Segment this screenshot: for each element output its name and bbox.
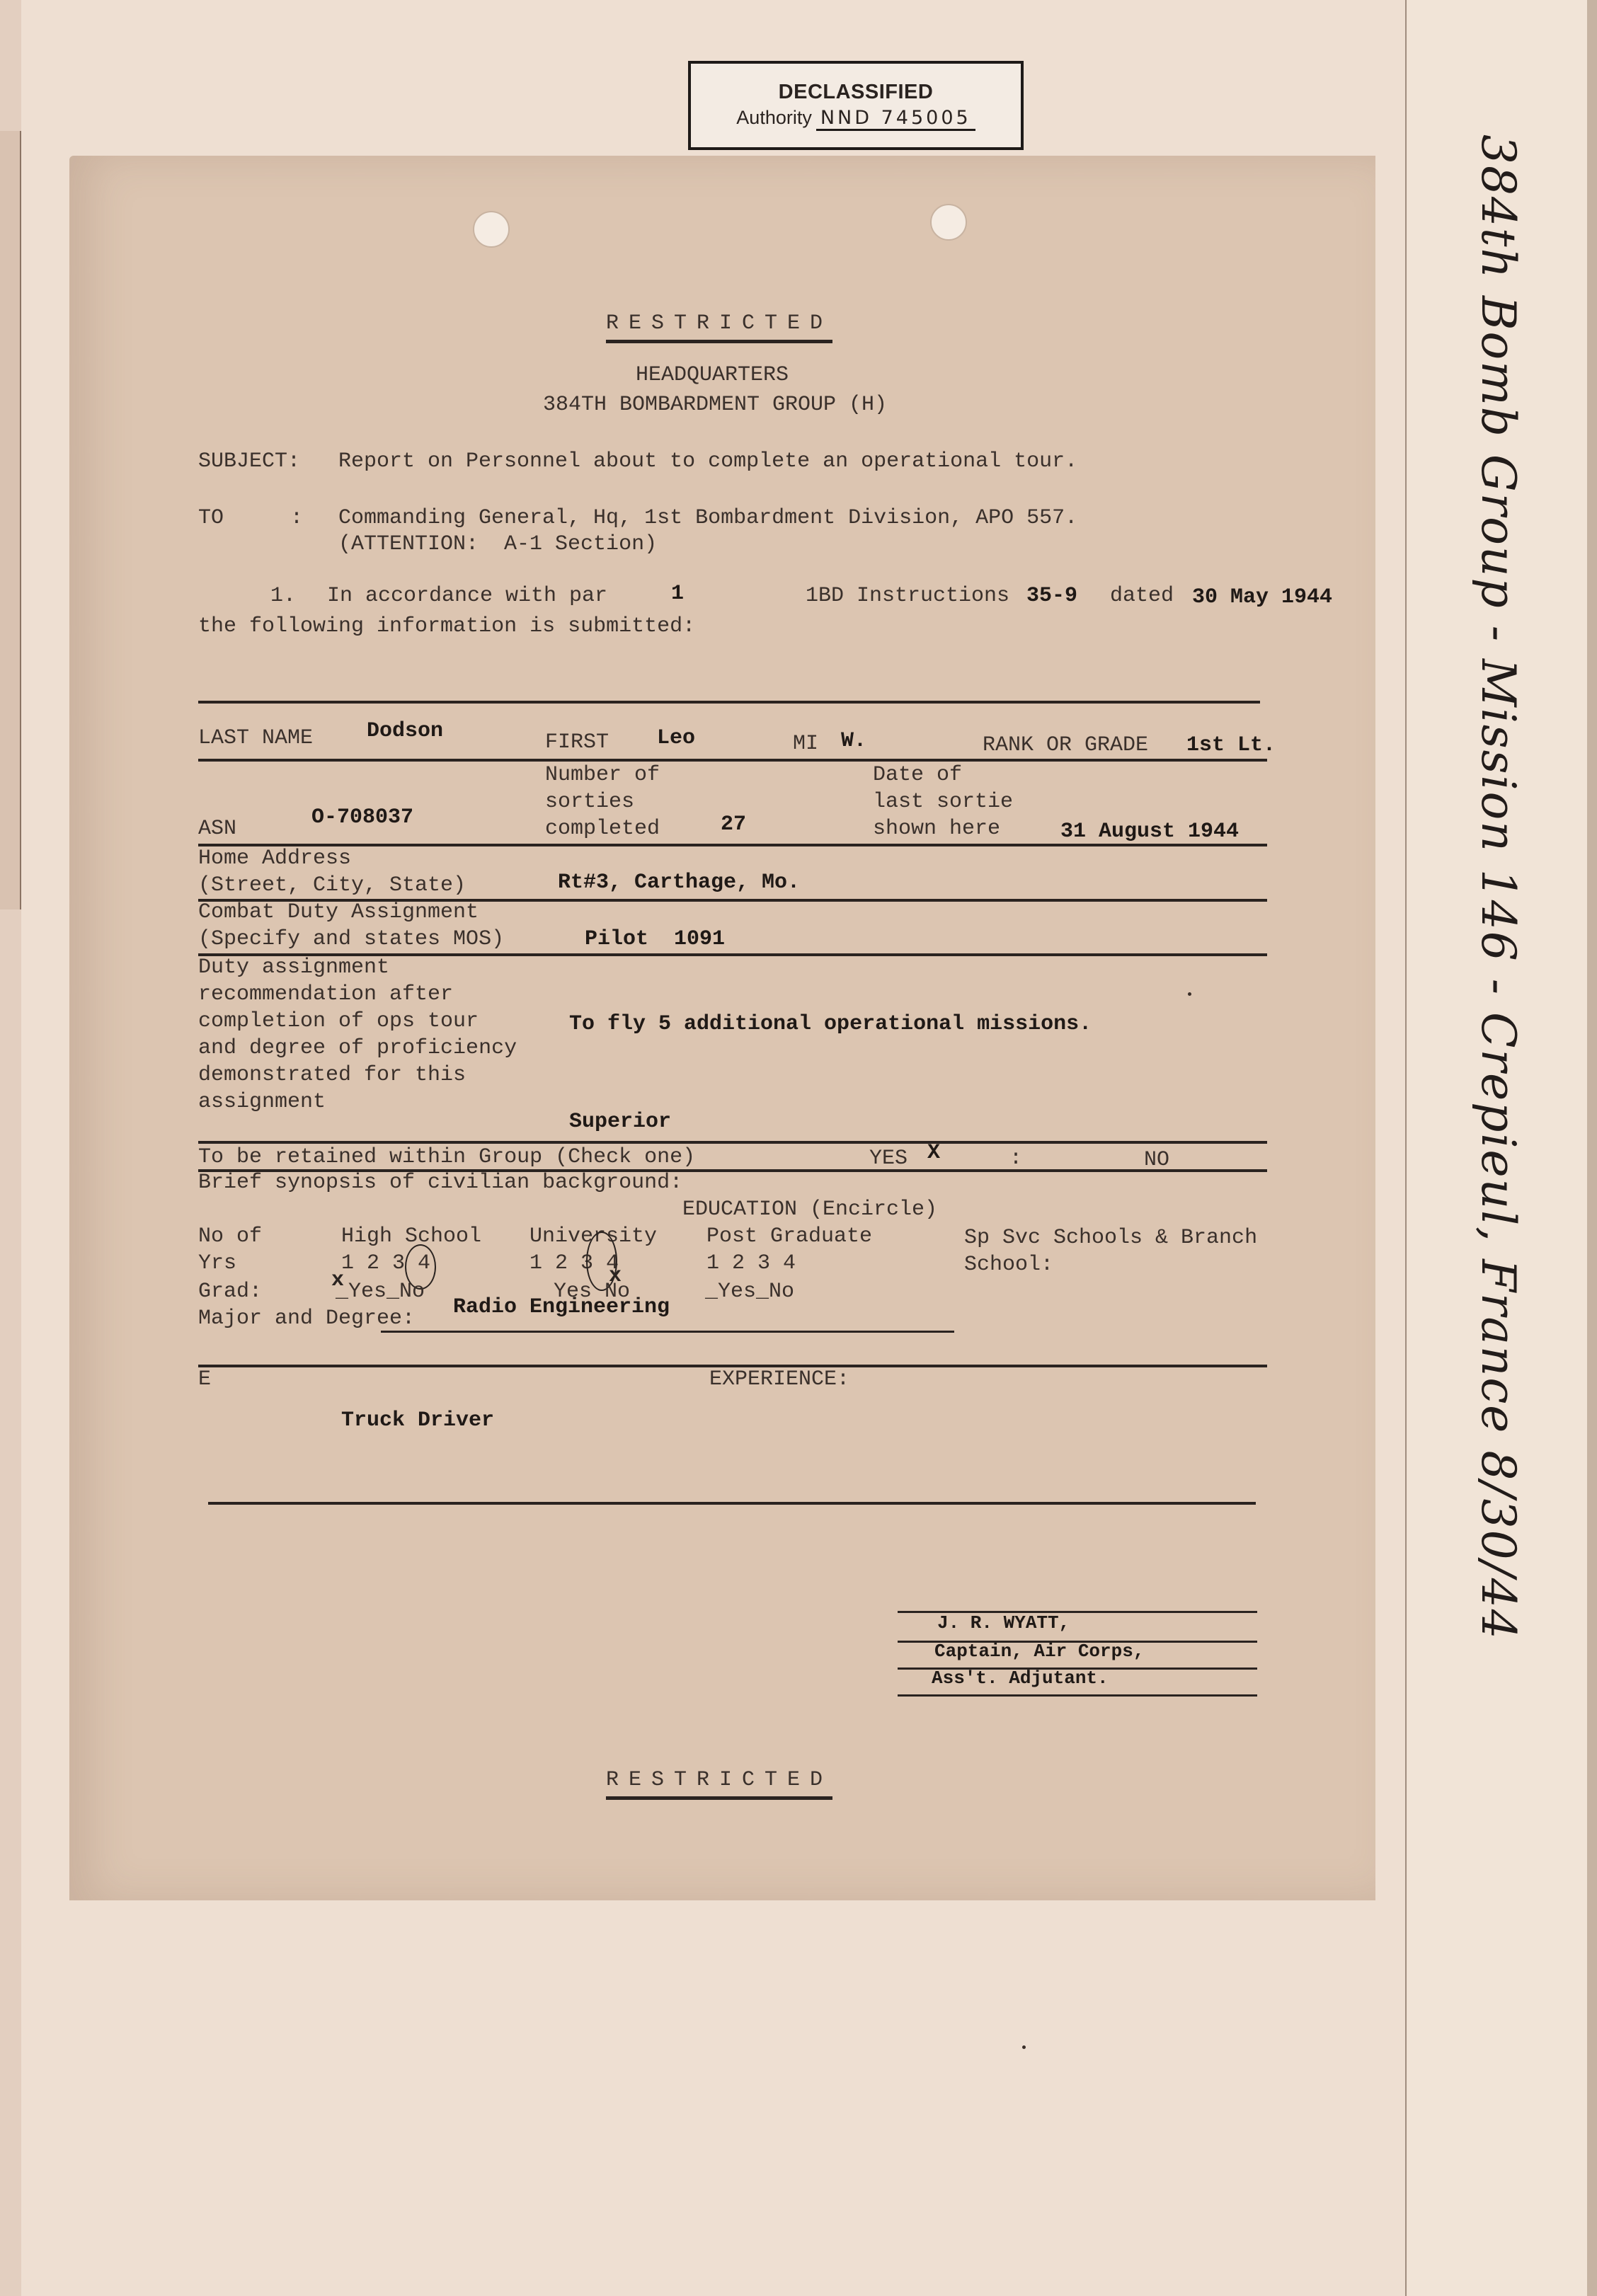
para1-instruction-value: 35-9 (1026, 584, 1077, 608)
rule-name (198, 759, 1267, 762)
rule-signature-4 (898, 1694, 1257, 1697)
rule-experience (208, 1502, 1256, 1505)
years-label-2: Yrs (198, 1251, 236, 1275)
home-address-value: Rt#3, Carthage, Mo. (558, 871, 800, 895)
classification-top: RESTRICTED (606, 311, 832, 335)
rank-value: 1st Lt. (1186, 733, 1276, 757)
adjacent-page-edge (0, 131, 22, 909)
education-title: EDUCATION (Encircle) (682, 1198, 937, 1222)
stamp-authority-number: NND 745005 (816, 107, 975, 131)
para1-line-2: the following information is submitted: (198, 614, 695, 638)
para1-number: 1. (270, 584, 296, 608)
asn-label: ASN (198, 817, 236, 841)
para1-text-b: 1BD Instructions (806, 584, 1009, 608)
last-sortie-value: 31 August 1944 (1060, 820, 1239, 844)
edu-years-post-graduate: 1 2 3 4 (706, 1251, 796, 1275)
sp-svc-label-1: Sp Svc Schools & Branch (964, 1226, 1257, 1250)
punch-hole-right (930, 204, 967, 241)
last-sortie-label-1: Date of (873, 763, 962, 787)
classification-bottom: RESTRICTED (606, 1768, 832, 1792)
last-name-label: LAST NAME (198, 726, 313, 750)
years-label-1: No of (198, 1224, 262, 1249)
stamp-authority: AuthorityNND 745005 (691, 107, 1021, 129)
to-colon: : (290, 506, 303, 530)
recommendation-label-3: completion of ops tour (198, 1009, 479, 1033)
mi-value: W. (841, 729, 866, 753)
major-label: Major and Degree: (198, 1307, 415, 1331)
signature-position: Ass't. Adjutant. (932, 1668, 1109, 1689)
punch-hole-left (473, 211, 510, 248)
recommendation-label-5: demonstrated for this (198, 1063, 466, 1087)
sorties-value: 27 (721, 813, 746, 837)
to-line-1: Commanding General, Hq, 1st Bombardment … (338, 506, 1077, 530)
to-line-2: (ATTENTION: A-1 Section) (338, 532, 657, 556)
retained-yes-checkmark: X (927, 1141, 940, 1165)
recommendation-label-6: assignment (198, 1090, 326, 1114)
para1-par-value: 1 (671, 582, 684, 606)
binder-edge (1587, 0, 1597, 2296)
last-name-value: Dodson (367, 719, 443, 743)
first-name-label: FIRST (545, 730, 609, 754)
subject-label: SUBJECT: (198, 449, 300, 473)
page-divider (1405, 0, 1407, 2296)
retained-yes-label: YES (869, 1147, 908, 1171)
first-name-value: Leo (657, 726, 695, 750)
mi-label: MI (793, 732, 818, 756)
recommendation-label-1: Duty assignment (198, 955, 389, 980)
handwritten-annotation: 384th Bomb Group - Mission 146 - Crepieu… (1471, 134, 1526, 1641)
stamp-title: DECLASSIFIED (691, 81, 1021, 104)
signature-name: J. R. WYATT, (937, 1612, 1070, 1634)
to-label: TO (198, 506, 224, 530)
typed-document: RESTRICTED HEADQUARTERS 384TH BOMBARDMEN… (69, 156, 1375, 1900)
recommendation-value: To fly 5 additional operational missions… (569, 1012, 1092, 1036)
combat-duty-value: Pilot 1091 (585, 927, 725, 951)
edu-grad-high-school: _Yes_No (336, 1280, 425, 1304)
last-sortie-label-3: shown here (873, 817, 1000, 841)
combat-duty-label-1: Combat Duty Assignment (198, 900, 479, 924)
declassified-stamp: DECLASSIFIED AuthorityNND 745005 (688, 61, 1024, 150)
proficiency-value: Superior (569, 1110, 671, 1134)
rank-label: RANK OR GRADE (983, 733, 1148, 757)
sorties-label-2: sorties (545, 790, 634, 814)
rule-major (381, 1331, 954, 1333)
recommendation-label-2: recommendation after (198, 982, 453, 1006)
header-line-1: HEADQUARTERS (636, 363, 789, 387)
home-address-label-1: Home Address (198, 846, 351, 871)
para1-text-c: dated (1110, 584, 1174, 608)
sorties-label-1: Number of (545, 763, 660, 787)
recommendation-label-4: and degree of proficiency (198, 1036, 517, 1060)
para1-text-a: In accordance with par (327, 584, 607, 608)
major-value: Radio Engineering (453, 1295, 670, 1319)
combat-duty-label-2: (Specify and states MOS) (198, 927, 504, 951)
experience-value: Truck Driver (341, 1408, 494, 1433)
edu-grad-post-graduate: _Yes_No (705, 1280, 794, 1304)
subject-value: Report on Personnel about to complete an… (338, 449, 1077, 473)
home-address-label-2: (Street, City, State) (198, 873, 466, 897)
asn-value: O-708037 (311, 805, 413, 830)
grad-label: Grad: (198, 1280, 262, 1304)
rule-top (198, 701, 1260, 704)
sp-svc-label-2: School: (964, 1253, 1053, 1277)
header-line-2: 384TH BOMBARDMENT GROUP (H) (543, 393, 887, 417)
synopsis-label: Brief synopsis of civilian background: (198, 1171, 682, 1195)
stamp-authority-label: Authority (736, 107, 812, 128)
retained-no-label: NO (1144, 1148, 1169, 1172)
experience-title: EXPERIENCE: (709, 1367, 849, 1391)
last-sortie-label-2: last sortie (873, 790, 1013, 814)
retained-separator: : (1009, 1147, 1022, 1171)
rule-asn (198, 844, 1267, 846)
rule-recommendation (198, 1141, 1267, 1144)
para1-date-value: 30 May 1944 (1192, 585, 1332, 609)
ink-speck (1188, 992, 1191, 996)
sorties-label-3: completed (545, 817, 660, 841)
experience-left-label: E (198, 1367, 211, 1391)
signature-title: Captain, Air Corps, (934, 1641, 1144, 1662)
folder-speck (1022, 2045, 1026, 2049)
edu-col-high-school: High School (341, 1224, 481, 1249)
edu-col-post-graduate: Post Graduate (706, 1224, 872, 1249)
retained-label: To be retained within Group (Check one) (198, 1145, 695, 1169)
